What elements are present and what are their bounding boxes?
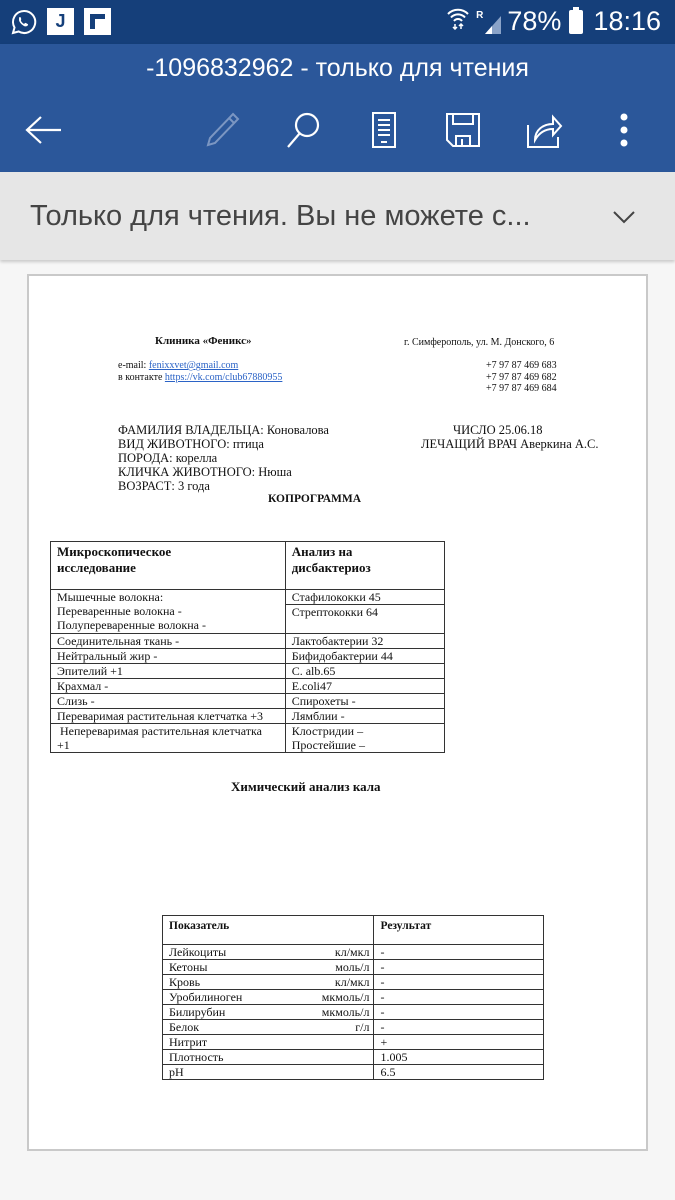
table-header-row: Показатель Результат xyxy=(163,916,544,945)
email-label: e-mail: xyxy=(118,360,146,371)
owner-field: ФАМИЛИЯ ВЛАДЕЛЬЦА: Коновалова xyxy=(118,423,329,437)
header-dysbacteriosis: Анализ на дисбактериоз xyxy=(285,542,444,590)
table-row: Плотность 1.005 xyxy=(163,1050,544,1065)
breed-field: ПОРОДА: корелла xyxy=(118,451,217,465)
phone-2: +7 97 87 469 682 xyxy=(486,372,557,383)
table-row: Билирубинмкмоль/л - xyxy=(163,1005,544,1020)
clinic-address: г. Симферополь, ул. М. Донского, 6 xyxy=(404,337,554,348)
table-row: Слизь - Спирохеты - xyxy=(51,694,445,709)
coprogram-title: КОПРОГРАММА xyxy=(268,493,361,506)
coprogram-table: Микроскопическое исследование Анализ на … xyxy=(50,541,445,753)
vk-label: в контакте xyxy=(118,372,162,383)
header-microscopic: Микроскопическое исследование xyxy=(51,542,286,590)
date-field: ЧИСЛО 25.06.18 xyxy=(453,423,543,437)
email-link[interactable]: fenixxvet@gmail.com xyxy=(149,360,238,371)
document-page[interactable]: Клиника «Феникс» г. Симферополь, ул. М. … xyxy=(27,274,648,1151)
table-row: Кетонымоль/л - xyxy=(163,960,544,975)
chemical-table: Показатель Результат Лейкоцитыкл/мкл - К… xyxy=(162,915,544,1080)
pet-name-field: КЛИЧКА ЖИВОТНОГО: Нюша xyxy=(118,465,292,479)
table-row: Белокг/л - xyxy=(163,1020,544,1035)
muscle-fibers-cell: Мышечные волокна: Переваренные волокна -… xyxy=(51,590,286,634)
table-row: Нейтральный жир - Бифидобактерии 44 xyxy=(51,649,445,664)
table-row: Крахмал - E.coli47 xyxy=(51,679,445,694)
doctor-field: ЛЕЧАЩИЙ ВРАЧ Аверкина А.С. xyxy=(421,437,599,451)
table-row: Уробилиногенмкмоль/л - xyxy=(163,990,544,1005)
table-row: pH 6.5 xyxy=(163,1065,544,1080)
header-result: Результат xyxy=(374,916,544,945)
table-row: Лейкоцитыкл/мкл - xyxy=(163,945,544,960)
table-row: Мышечные волокна: Переваренные волокна -… xyxy=(51,590,445,605)
species-field: ВИД ЖИВОТНОГО: птица xyxy=(118,437,264,451)
age-field: ВОЗРАСТ: 3 года xyxy=(118,479,210,493)
phone-3: +7 97 87 469 684 xyxy=(486,383,557,394)
document-content: Клиника «Феникс» г. Симферополь, ул. М. … xyxy=(2,2,675,1200)
table-row: Кровькл/мкл - xyxy=(163,975,544,990)
table-row: Соединительная ткань - Лактобактерии 32 xyxy=(51,634,445,649)
table-row: Эпителий +1 C. alb.65 xyxy=(51,664,445,679)
vk-link[interactable]: https://vk.com/club67880955 xyxy=(165,372,283,383)
table-header-row: Микроскопическое исследование Анализ на … xyxy=(51,542,445,590)
table-row: Переваримая растительная клетчатка +3 Ля… xyxy=(51,709,445,724)
vk-row: в контакте https://vk.com/club67880955 xyxy=(118,372,282,383)
email-row: e-mail: fenixxvet@gmail.com xyxy=(118,360,238,371)
table-row: Непереваримая растительная клетчатка +1 … xyxy=(51,724,445,753)
clinic-name: Клиника «Феникс» xyxy=(155,336,252,347)
phone-1: +7 97 87 469 683 xyxy=(486,360,557,371)
header-indicator: Показатель xyxy=(163,916,374,945)
chemical-title: Химический анализ кала xyxy=(231,779,381,794)
staph-cell: Стафилококки 45 xyxy=(285,590,444,605)
strep-cell: Стрептококки 64 xyxy=(285,605,444,634)
table-row: Нитрит + xyxy=(163,1035,544,1050)
